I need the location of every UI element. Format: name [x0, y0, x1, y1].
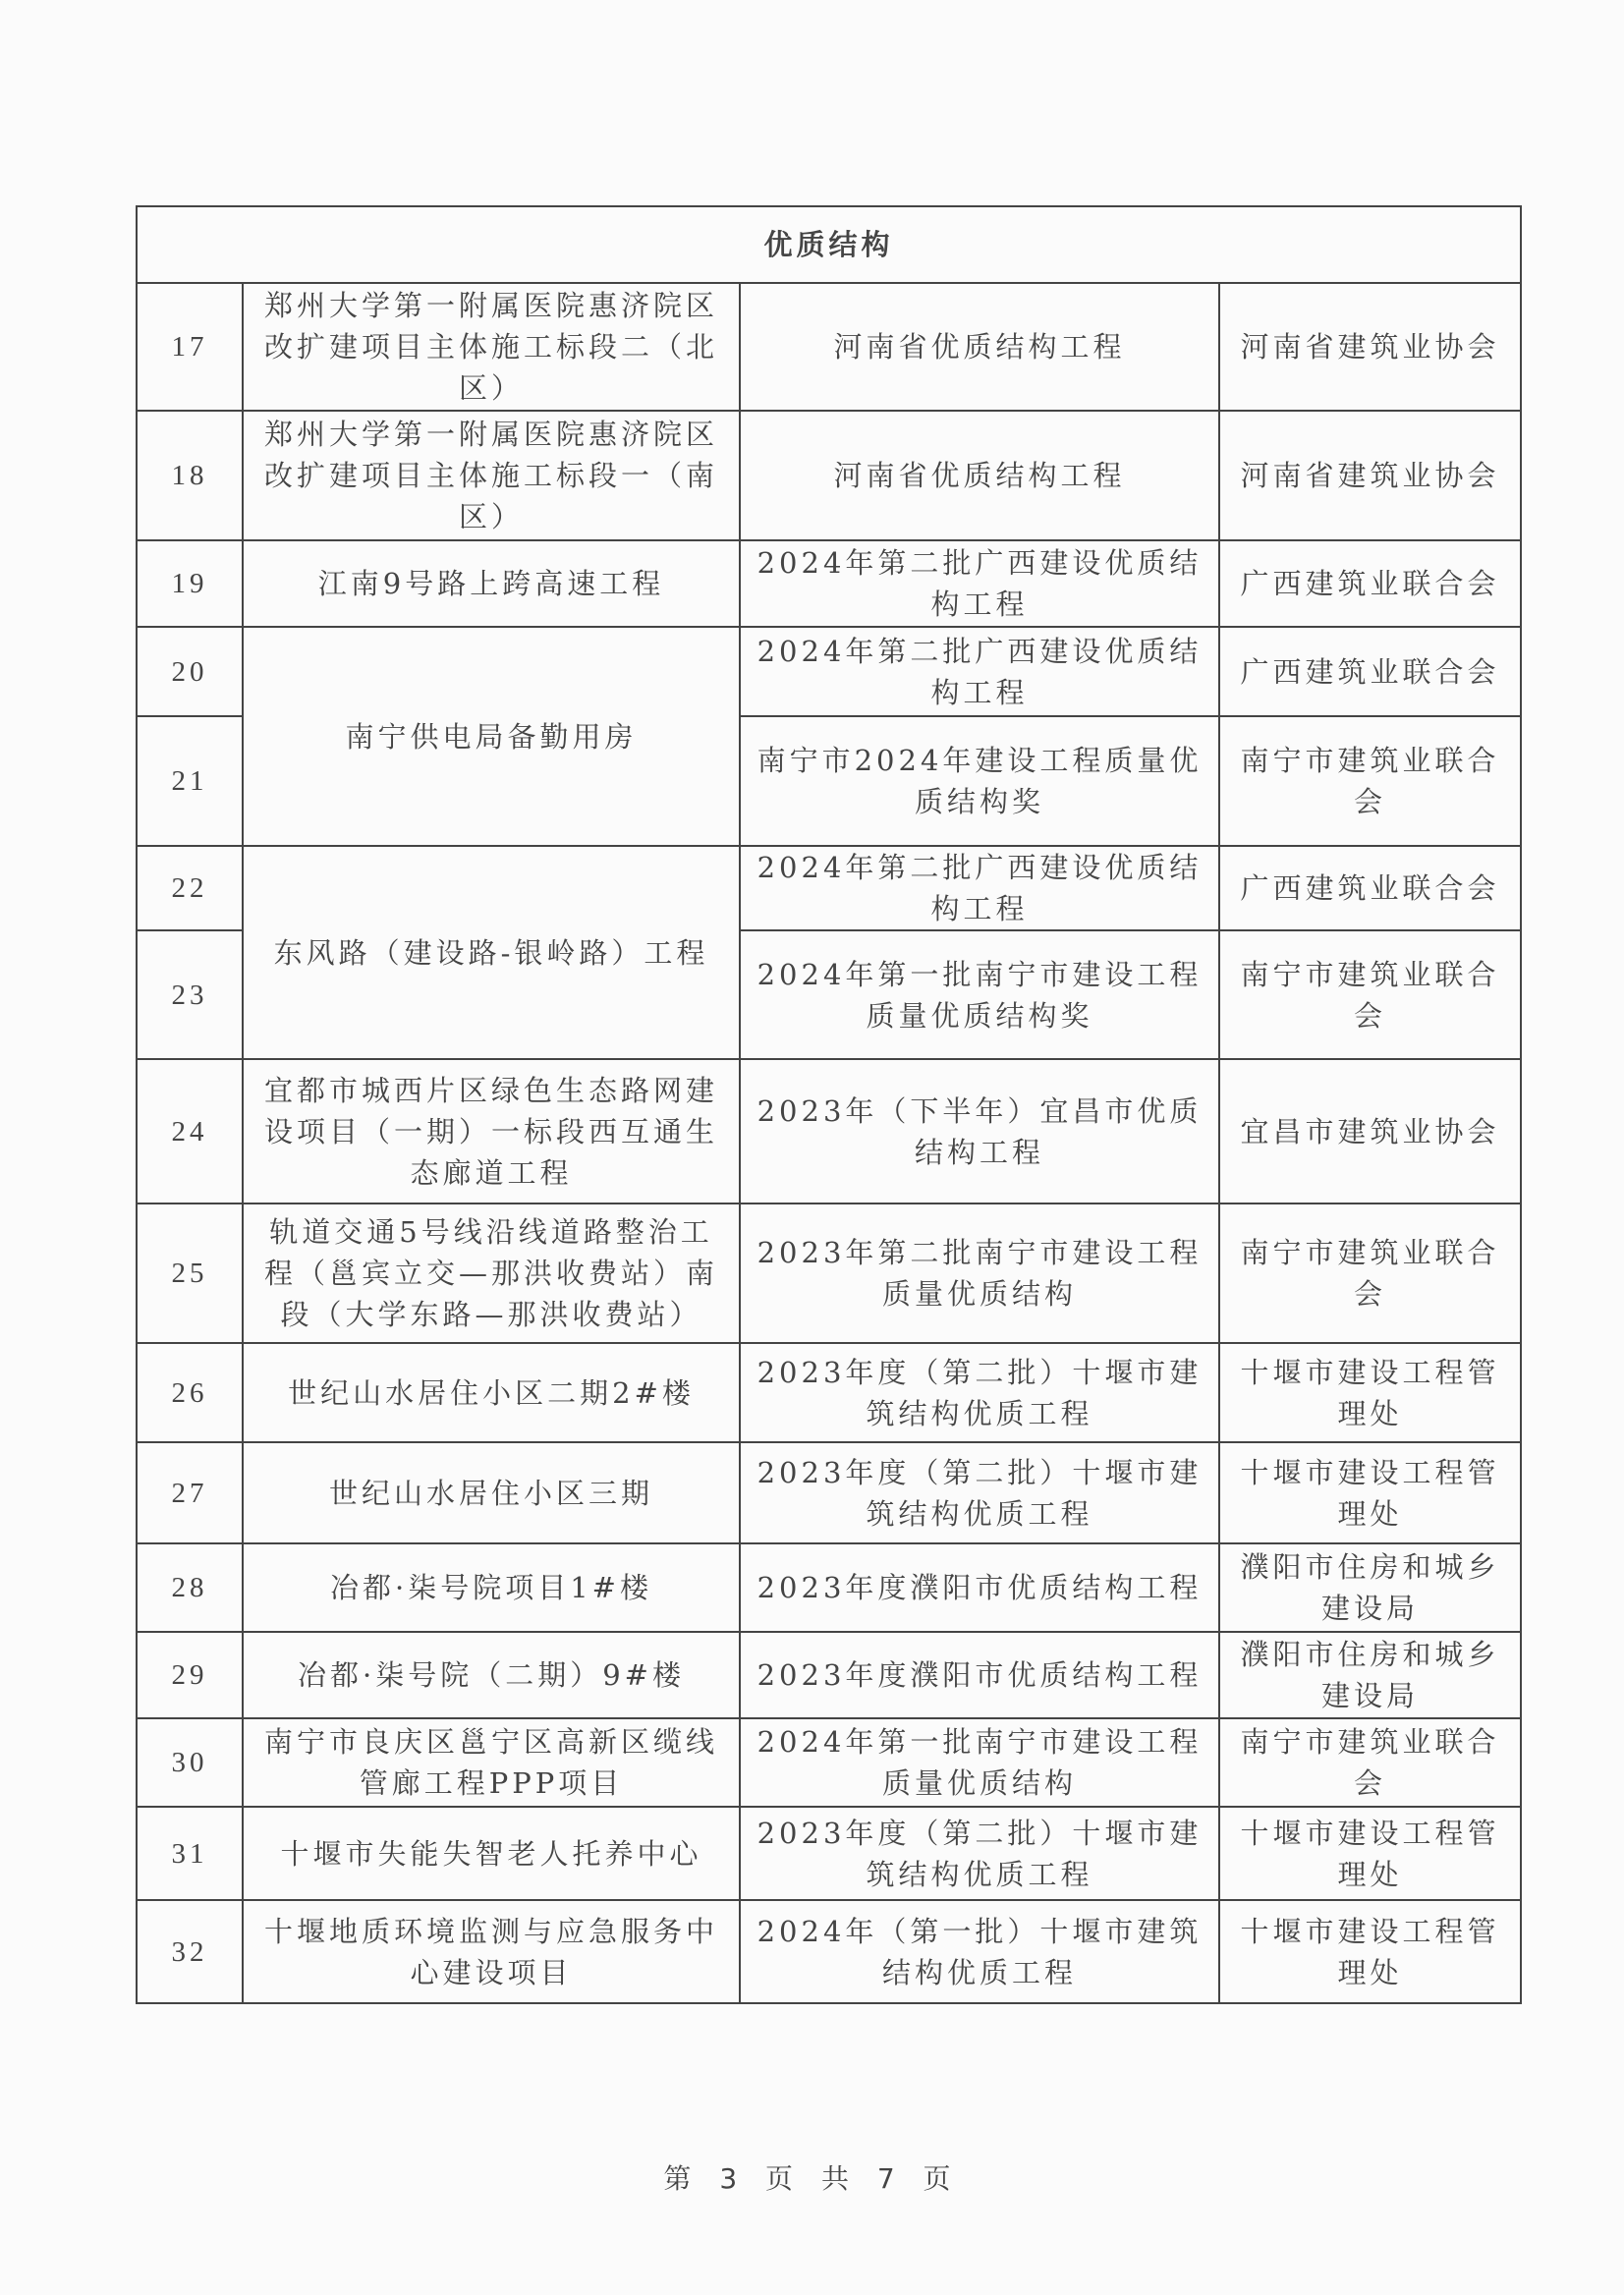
issuer-name: 广西建筑业联合会	[1219, 627, 1521, 716]
table-row: 19 江南9号路上跨高速工程 2024年第二批广西建设优质结构工程 广西建筑业联…	[137, 540, 1521, 627]
table-row: 31 十堰市失能失智老人托养中心 2023年度（第二批）十堰市建筑结构优质工程 …	[137, 1807, 1521, 1900]
row-number: 21	[137, 716, 243, 846]
table-row: 20 南宁供电局备勤用房 2024年第二批广西建设优质结构工程 广西建筑业联合会	[137, 627, 1521, 716]
row-number: 17	[137, 283, 243, 411]
award-name: 河南省优质结构工程	[740, 411, 1219, 540]
issuer-name: 南宁市建筑业联合会	[1219, 1203, 1521, 1343]
row-number: 32	[137, 1900, 243, 2003]
table-row: 26 世纪山水居住小区二期2#楼 2023年度（第二批）十堰市建筑结构优质工程 …	[137, 1343, 1521, 1442]
project-name: 世纪山水居住小区三期	[243, 1442, 740, 1543]
issuer-name: 宜昌市建筑业协会	[1219, 1059, 1521, 1203]
row-number: 20	[137, 627, 243, 716]
row-number: 29	[137, 1632, 243, 1718]
project-name: 南宁供电局备勤用房	[243, 627, 740, 846]
table-row: 29 冶都·柒号院（二期）9#楼 2023年度濮阳市优质结构工程 濮阳市住房和城…	[137, 1632, 1521, 1718]
issuer-name: 南宁市建筑业联合会	[1219, 1718, 1521, 1807]
table-row: 18 郑州大学第一附属医院惠济院区改扩建项目主体施工标段一（南区） 河南省优质结…	[137, 411, 1521, 540]
table-row: 17 郑州大学第一附属医院惠济院区改扩建项目主体施工标段二（北区） 河南省优质结…	[137, 283, 1521, 411]
project-name: 冶都·柒号院项目1#楼	[243, 1543, 740, 1632]
award-name: 2024年（第一批）十堰市建筑结构优质工程	[740, 1900, 1219, 2003]
issuer-name: 十堰市建设工程管理处	[1219, 1807, 1521, 1900]
award-name: 2023年度濮阳市优质结构工程	[740, 1543, 1219, 1632]
row-number: 27	[137, 1442, 243, 1543]
issuer-name: 广西建筑业联合会	[1219, 846, 1521, 930]
row-number: 24	[137, 1059, 243, 1203]
table-row: 30 南宁市良庆区邕宁区高新区缆线管廊工程PPP项目 2024年第一批南宁市建设…	[137, 1718, 1521, 1807]
project-name: 郑州大学第一附属医院惠济院区改扩建项目主体施工标段二（北区）	[243, 283, 740, 411]
issuer-name: 南宁市建筑业联合会	[1219, 930, 1521, 1059]
issuer-name: 濮阳市住房和城乡建设局	[1219, 1543, 1521, 1632]
award-name: 2023年第二批南宁市建设工程质量优质结构	[740, 1203, 1219, 1343]
project-name: 江南9号路上跨高速工程	[243, 540, 740, 627]
project-name: 南宁市良庆区邕宁区高新区缆线管廊工程PPP项目	[243, 1718, 740, 1807]
award-name: 2023年度（第二批）十堰市建筑结构优质工程	[740, 1807, 1219, 1900]
issuer-name: 河南省建筑业协会	[1219, 283, 1521, 411]
row-number: 31	[137, 1807, 243, 1900]
table-row: 28 冶都·柒号院项目1#楼 2023年度濮阳市优质结构工程 濮阳市住房和城乡建…	[137, 1543, 1521, 1632]
award-name: 2024年第二批广西建设优质结构工程	[740, 627, 1219, 716]
award-name: 2024年第一批南宁市建设工程质量优质结构	[740, 1718, 1219, 1807]
project-name: 十堰市失能失智老人托养中心	[243, 1807, 740, 1900]
award-name: 2023年度濮阳市优质结构工程	[740, 1632, 1219, 1718]
awards-table: 优质结构 17 郑州大学第一附属医院惠济院区改扩建项目主体施工标段二（北区） 河…	[136, 205, 1522, 2004]
award-name: 2024年第一批南宁市建设工程质量优质结构奖	[740, 930, 1219, 1059]
row-number: 25	[137, 1203, 243, 1343]
project-name: 东风路（建设路-银岭路）工程	[243, 846, 740, 1059]
project-name: 冶都·柒号院（二期）9#楼	[243, 1632, 740, 1718]
table-row: 25 轨道交通5号线沿线道路整治工程（邕宾立交—那洪收费站）南段（大学东路—那洪…	[137, 1203, 1521, 1343]
row-number: 30	[137, 1718, 243, 1807]
row-number: 23	[137, 930, 243, 1059]
award-name: 2023年（下半年）宜昌市优质结构工程	[740, 1059, 1219, 1203]
row-number: 28	[137, 1543, 243, 1632]
award-name: 河南省优质结构工程	[740, 283, 1219, 411]
issuer-name: 河南省建筑业协会	[1219, 411, 1521, 540]
section-title: 优质结构	[137, 206, 1521, 283]
project-name: 郑州大学第一附属医院惠济院区改扩建项目主体施工标段一（南区）	[243, 411, 740, 540]
award-name: 南宁市2024年建设工程质量优质结构奖	[740, 716, 1219, 846]
project-name: 十堰地质环境监测与应急服务中心建设项目	[243, 1900, 740, 2003]
project-name: 轨道交通5号线沿线道路整治工程（邕宾立交—那洪收费站）南段（大学东路—那洪收费站…	[243, 1203, 740, 1343]
issuer-name: 濮阳市住房和城乡建设局	[1219, 1632, 1521, 1718]
issuer-name: 十堰市建设工程管理处	[1219, 1442, 1521, 1543]
issuer-name: 十堰市建设工程管理处	[1219, 1343, 1521, 1442]
issuer-name: 南宁市建筑业联合会	[1219, 716, 1521, 846]
page-number: 第 3 页 共 7 页	[0, 2157, 1624, 2197]
project-name: 宜都市城西片区绿色生态路网建设项目（一期）一标段西互通生态廊道工程	[243, 1059, 740, 1203]
table-row: 24 宜都市城西片区绿色生态路网建设项目（一期）一标段西互通生态廊道工程 202…	[137, 1059, 1521, 1203]
section-header-row: 优质结构	[137, 206, 1521, 283]
award-name: 2024年第二批广西建设优质结构工程	[740, 540, 1219, 627]
row-number: 26	[137, 1343, 243, 1442]
award-name: 2024年第二批广西建设优质结构工程	[740, 846, 1219, 930]
award-name: 2023年度（第二批）十堰市建筑结构优质工程	[740, 1442, 1219, 1543]
table-row: 22 东风路（建设路-银岭路）工程 2024年第二批广西建设优质结构工程 广西建…	[137, 846, 1521, 930]
project-name: 世纪山水居住小区二期2#楼	[243, 1343, 740, 1442]
issuer-name: 广西建筑业联合会	[1219, 540, 1521, 627]
table-row: 27 世纪山水居住小区三期 2023年度（第二批）十堰市建筑结构优质工程 十堰市…	[137, 1442, 1521, 1543]
table-row: 32 十堰地质环境监测与应急服务中心建设项目 2024年（第一批）十堰市建筑结构…	[137, 1900, 1521, 2003]
row-number: 19	[137, 540, 243, 627]
row-number: 18	[137, 411, 243, 540]
row-number: 22	[137, 846, 243, 930]
issuer-name: 十堰市建设工程管理处	[1219, 1900, 1521, 2003]
award-name: 2023年度（第二批）十堰市建筑结构优质工程	[740, 1343, 1219, 1442]
